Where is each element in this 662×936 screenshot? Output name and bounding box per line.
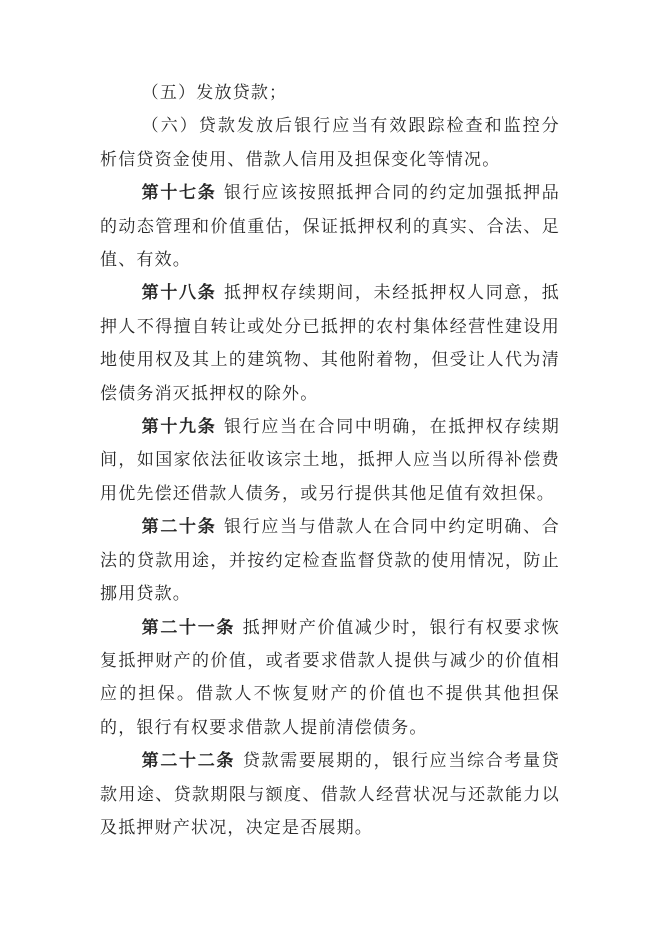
- article-number: 第十八条: [142, 283, 217, 302]
- document-page: （五）发放贷款； （六）贷款发放后银行应当有效跟踪检查和监控分析信贷资金使用、借…: [0, 0, 662, 936]
- article-number: 第二十一条: [142, 618, 235, 637]
- document-paragraph: 第二十一条抵押财产价值减少时，银行有权要求恢复抵押财产的价值，或者要求借款人提供…: [100, 611, 560, 745]
- document-paragraph: 第十八条抵押权存续期间，未经抵押权人同意，抵押人不得擅自转让或处分已抵押的农村集…: [100, 276, 560, 410]
- paragraph-text: （六）贷款发放后银行应当有效跟踪检查和监控分析信贷资金使用、借款人信用及担保变化…: [100, 116, 560, 168]
- document-paragraph: （六）贷款发放后银行应当有效跟踪检查和监控分析信贷资金使用、借款人信用及担保变化…: [100, 109, 560, 176]
- article-number: 第十七条: [142, 183, 217, 202]
- document-paragraph: （五）发放贷款；: [100, 76, 560, 109]
- paragraph-text: （五）发放贷款；: [142, 83, 288, 102]
- document-paragraph: 第二十条银行应当与借款人在合同中约定明确、合法的贷款用途，并按约定检查监督贷款的…: [100, 510, 560, 610]
- document-paragraph: 第十九条银行应当在合同中明确，在抵押权存续期间，如国家依法征收该宗土地，抵押人应…: [100, 410, 560, 510]
- article-number: 第二十二条: [142, 751, 235, 770]
- article-number: 第二十条: [142, 517, 217, 536]
- document-paragraph: 第二十二条贷款需要展期的，银行应当综合考量贷款用途、贷款期限与额度、借款人经营状…: [100, 744, 560, 844]
- document-text-block: （五）发放贷款； （六）贷款发放后银行应当有效跟踪检查和监控分析信贷资金使用、借…: [100, 76, 560, 844]
- document-paragraph: 第十七条银行应该按照抵押合同的约定加强抵押品的动态管理和价值重估，保证抵押权利的…: [100, 176, 560, 276]
- article-number: 第十九条: [142, 417, 217, 436]
